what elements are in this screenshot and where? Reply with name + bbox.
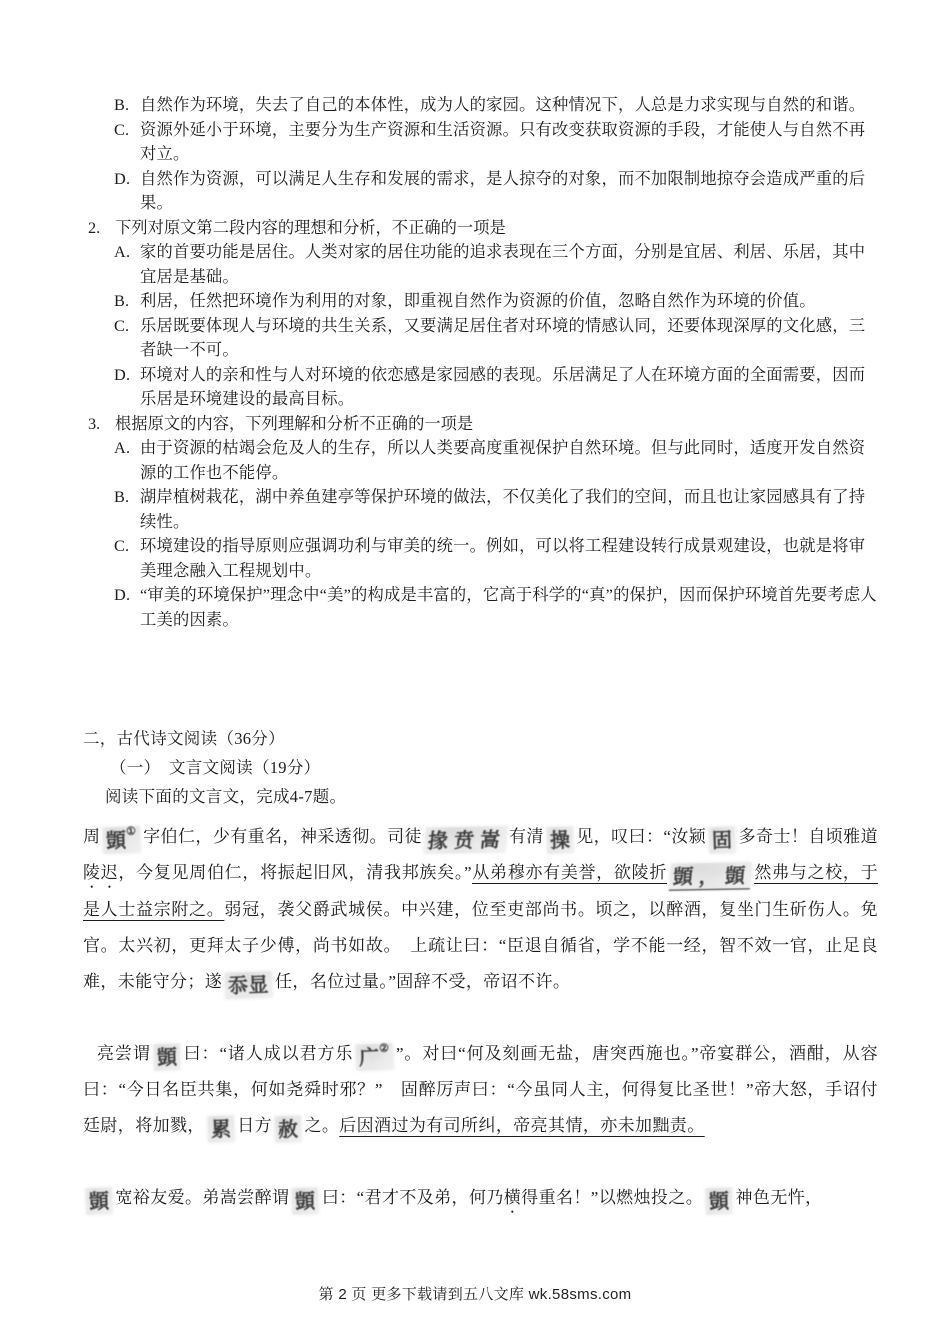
answer-option: D.环境对人的亲和性与人对环境的依恋感是家园感的表现。乐居满足了人在环境方面的全… xyxy=(83,363,878,412)
emphasis-dotted-word: 陵迟 xyxy=(83,863,118,882)
scanned-character-image: 顗 xyxy=(86,1188,113,1215)
answer-option: B.湖岸植树栽花，湖中养鱼建亭等保护环境的做法，不仅美化了我们的空间，而且也让家… xyxy=(83,485,878,534)
passage-text: 多奇士！自顷雅道 xyxy=(739,827,878,846)
option-label: B. xyxy=(114,289,140,314)
footnote-marker: ① xyxy=(126,826,137,838)
scanned-character-image: 顗 xyxy=(153,1044,180,1071)
passage-text: 日方 xyxy=(237,1116,272,1135)
passage-text: 得重名！”以燃烛投之。 xyxy=(521,1188,703,1207)
question-stem: 3.根据原文的内容，下列理解和分析不正确的一项是 xyxy=(83,412,878,437)
answer-option: D.“审美的环境保护”理念中“美”的构成是丰富的，它高于科学的“真”的保护，因而… xyxy=(83,583,878,632)
exam-page: B.自然作为环境，失去了自己的本体性，成为人的家园。这种情况下，人总是力求实现与… xyxy=(0,0,950,1344)
scanned-character-image: 赦 xyxy=(275,1116,302,1143)
reading-instruction: 阅读下面的文言文，完成4-7题。 xyxy=(105,782,878,811)
passage-text: 神色无忤， xyxy=(736,1188,823,1207)
question: 3.根据原文的内容，下列理解和分析不正确的一项是A.由于资源的枯竭会危及人的生存… xyxy=(83,412,878,633)
passage-text: 周 xyxy=(83,827,100,846)
passage-text: ，今复见周伯仁，将振起旧风，清我邦族矣。” xyxy=(118,863,472,882)
answer-option: B.利居，任然把环境作为利用的对象，即重视自然作为资源的价值，忽略自然作为环境的… xyxy=(83,289,878,314)
option-text: 湖岸植树栽花，湖中养鱼建亭等保护环境的做法，不仅美化了我们的空间，而且也让家园感… xyxy=(140,487,865,531)
scanned-character-image: 顗 xyxy=(706,1188,733,1215)
classical-chinese-passage: 周顗①字伯仁，少有重名，神采透彻。司徒掾贲嵩有清操见，叹曰：“汝颍固多奇士！自顷… xyxy=(83,819,878,1217)
question-stem: 2.下列对原文第二段内容的理想和分析，不正确的一项是 xyxy=(83,216,878,241)
answer-option: A.家的首要功能是居住。人类对家的居住功能的追求表现在三个方面，分别是宜居、利居… xyxy=(83,240,878,289)
passage-text: 曰：“诸人成以君方乐 xyxy=(183,1044,353,1063)
option-label: C. xyxy=(114,314,140,339)
footnote-marker: ② xyxy=(379,1043,390,1055)
option-label: B. xyxy=(114,485,140,510)
passage-paragraph: 周顗①字伯仁，少有重名，神采透彻。司徒掾贲嵩有清操见，叹曰：“汝颍固多奇士！自顷… xyxy=(83,819,878,1000)
option-text: 环境建设的指导原则应强调功利与审美的统一。例如，可以将工程建设转行成景观建设，也… xyxy=(140,536,865,580)
scanned-character-image: 顗，顗 xyxy=(669,862,752,890)
emphasis-dotted-word: 横 xyxy=(504,1188,521,1207)
question-number: 3. xyxy=(88,412,115,437)
scanned-character-image: 忝显 xyxy=(225,971,273,999)
option-label: D. xyxy=(114,167,140,192)
passage-paragraph: 亮尝谓顗曰：“诸人成以君方乐广②”。对曰“何及刻画无盐，唐突西施也。”帝宴群公，… xyxy=(83,1036,878,1144)
passage-text: 见，叹曰：“汝颍 xyxy=(576,827,706,846)
page-footer: 第 2 页 更多下载请到五八文库 wk.58sms.com xyxy=(0,1283,950,1304)
option-text: 家的首要功能是居住。人类对家的居住功能的追求表现在三个方面，分别是宜居、利居、乐… xyxy=(140,242,865,286)
option-label: D. xyxy=(114,363,140,388)
classical-reading-subheading: （一） 文言文阅读（19分） xyxy=(110,753,878,782)
question-1-options-carryover: B.自然作为环境，失去了自己的本体性，成为人的家园。这种情况下，人总是力求实现与… xyxy=(83,93,878,216)
underlined-sentence: 从弟穆亦有美誉，欲陵折 xyxy=(472,863,667,882)
answer-option: C.环境建设的指导原则应强调功利与审美的统一。例如，可以将工程建设转行成景观建设… xyxy=(83,534,878,583)
scanned-character-image: 广② xyxy=(356,1043,394,1070)
option-text: 资源外延小于环境，主要分为生产资源和生活资源。只有改变获取资源的手段，才能使人与… xyxy=(140,120,865,164)
scanned-character-image: 操 xyxy=(546,827,573,854)
scanned-character-image: 掾贲嵩 xyxy=(424,826,507,853)
passage-text: 字伯仁，少有重名，神采透彻。司徒 xyxy=(143,827,422,846)
option-label: C. xyxy=(114,118,140,143)
option-text: 自然作为环境，失去了自己的本体性，成为人的家园。这种情况下，人总是力求实现与自然… xyxy=(140,95,865,114)
question-number: 2. xyxy=(88,216,115,241)
passage-text: 曰：“君才不及弟，何乃 xyxy=(322,1188,504,1207)
option-text: 乐居既要体现人与环境的共生关系，又要满足居住者对环境的情感认同，还要体现深厚的文… xyxy=(140,316,865,360)
option-text: 由于资源的枯竭会危及人的生存，所以人类要高度重视保护自然环境。但与此同时，适度开… xyxy=(140,438,865,482)
question-stem-text: 根据原文的内容，下列理解和分析不正确的一项是 xyxy=(115,414,473,433)
option-text: “审美的环境保护”理念中“美”的构成是丰富的，它高于科学的“真”的保护，因而保护… xyxy=(140,585,877,629)
scanned-character-image: 顗 xyxy=(292,1188,319,1215)
questions-2-3: 2.下列对原文第二段内容的理想和分析，不正确的一项是A.家的首要功能是居住。人类… xyxy=(83,216,878,633)
option-label: A. xyxy=(114,436,140,461)
option-text: 环境对人的亲和性与人对环境的依恋感是家园感的表现。乐居满足了人在环境方面的全面需… xyxy=(140,365,865,409)
answer-option: D.自然作为资源，可以满足人生存和发展的需求，是人掠夺的对象，而不加限制地掠夺会… xyxy=(83,167,878,216)
section-two-ancient-reading: 二，古代诗文阅读（36分） （一） 文言文阅读（19分） 阅读下面的文言文，完成… xyxy=(83,724,878,1217)
option-label: A. xyxy=(114,240,140,265)
section-two-heading: 二，古代诗文阅读（36分） xyxy=(83,724,878,753)
underlined-sentence: 后因酒过为有司所纠，帝亮其情，亦未加黜责。 xyxy=(339,1116,704,1135)
answer-option: A.由于资源的枯竭会危及人的生存，所以人类要高度重视保护自然环境。但与此同时，适… xyxy=(83,436,878,485)
scanned-character-image: 顗① xyxy=(103,826,141,853)
answer-option: B.自然作为环境，失去了自己的本体性，成为人的家园。这种情况下，人总是力求实现与… xyxy=(83,93,878,118)
page-content: B.自然作为环境，失去了自己的本体性，成为人的家园。这种情况下，人总是力求实现与… xyxy=(83,93,878,1253)
option-text: 自然作为资源，可以满足人生存和发展的需求，是人掠夺的对象，而不加限制地掠夺会造成… xyxy=(140,169,865,213)
passage-text: 之。 xyxy=(304,1116,339,1135)
answer-option: C.乐居既要体现人与环境的共生关系，又要满足居住者对环境的情感认同，还要体现深厚… xyxy=(83,314,878,363)
passage-text: 宽裕友爱。弟嵩尝醉谓 xyxy=(115,1188,289,1207)
scanned-character-image: 累 xyxy=(207,1116,234,1143)
passage-paragraph: 顗宽裕友爱。弟嵩尝醉谓顗曰：“君才不及弟，何乃横得重名！”以燃烛投之。顗神色无忤… xyxy=(83,1180,878,1217)
question-stem-text: 下列对原文第二段内容的理想和分析，不正确的一项是 xyxy=(115,218,506,237)
option-label: D. xyxy=(114,583,140,608)
passage-text: 亮尝谓 xyxy=(97,1044,151,1063)
passage-text: 任，名位过量。”固辞不受，帝诏不许。 xyxy=(275,972,570,991)
question: 2.下列对原文第二段内容的理想和分析，不正确的一项是A.家的首要功能是居住。人类… xyxy=(83,216,878,412)
option-label: C. xyxy=(114,534,140,559)
passage-text: 有清 xyxy=(509,827,544,846)
option-label: B. xyxy=(114,93,140,118)
option-text: 利居，任然把环境作为利用的对象，即重视自然作为资源的价值，忽略自然作为环境的价值… xyxy=(140,291,816,310)
answer-option: C.资源外延小于环境，主要分为生产资源和生活资源。只有改变获取资源的手段，才能使… xyxy=(83,118,878,167)
scanned-character-image: 固 xyxy=(709,827,736,854)
